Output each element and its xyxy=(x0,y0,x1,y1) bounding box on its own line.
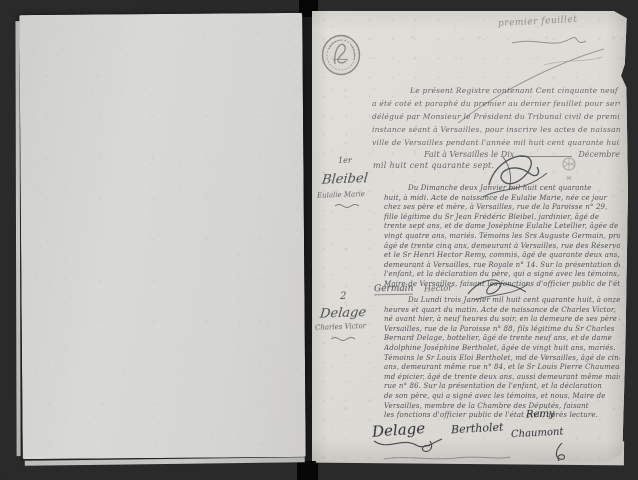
cutoff-writing-trace-icon xyxy=(382,454,512,462)
handwritten-line: ans, demeurant même rue n° 84, et le Sr … xyxy=(384,363,620,373)
margin-name: Bleibel xyxy=(321,171,369,188)
handwritten-line: Du Lundi trois Janvier mil huit cent qua… xyxy=(384,296,620,306)
margin-subname: Charles Victor xyxy=(315,322,366,332)
signature: Germain xyxy=(374,284,414,296)
signature: Chaumont xyxy=(511,427,564,441)
official-seal-icon xyxy=(321,34,361,76)
margin-name: Delage xyxy=(319,305,367,322)
embossed-stamp-icon xyxy=(560,156,578,182)
handwritten-line: et le Sr Henri Hector Remy, commis, âgé … xyxy=(384,251,620,261)
handwritten-line: de son père, qui a signé avec les témoin… xyxy=(384,392,620,402)
handwritten-line: délégué par Monsieur le Président du Tri… xyxy=(372,110,620,123)
handwritten-line: vingt quatre ans, mariés. Témoins les Sr… xyxy=(384,232,620,242)
signature: Hector xyxy=(424,284,452,294)
signature-paraph-icon xyxy=(372,435,444,455)
date-line-right: Décembre xyxy=(578,150,620,159)
right-page: premier feuillet Le présent Registre con… xyxy=(312,11,628,461)
left-blank-page xyxy=(19,13,305,459)
act-number: 1er xyxy=(338,156,352,165)
handwritten-line: Du Dimanche deux Janvier mil huit cent q… xyxy=(384,184,620,194)
binding-tab-bottom xyxy=(297,461,318,480)
handwritten-line: huit, à midi. Acte de naissance de Eulal… xyxy=(384,194,620,204)
handwritten-line: md épicier, âgé de trente deux ans, auss… xyxy=(384,373,620,383)
handwritten-line: âgé de trente cinq ans, demeurant à Vers… xyxy=(384,242,620,252)
handwritten-line: instance séant à Versailles, pour inscri… xyxy=(372,123,620,136)
register-scan: premier feuillet Le présent Registre con… xyxy=(0,0,638,480)
handwritten-line: heures et quart du matin. Acte de naissa… xyxy=(384,306,620,316)
handwritten-line: Le présent Registre contenant Cent cinqu… xyxy=(372,84,620,97)
margin-flourish-icon xyxy=(334,202,360,210)
handwritten-line: rue n° 86. Sur la présentation de l'enfa… xyxy=(384,382,620,392)
handwritten-line: Adolphine Joséphine Bertholet, âgée de v… xyxy=(384,344,620,354)
handwritten-line: chez ses père et mère, à Versailles, rue… xyxy=(384,203,620,213)
margin-flourish-icon xyxy=(330,335,356,343)
handwritten-line: a été coté et paraphé du premier au dern… xyxy=(372,97,620,110)
handwritten-line: demeurant à Versailles, rue Royale n° 14… xyxy=(384,261,620,271)
signature: Bertholet xyxy=(451,421,504,437)
handwritten-line: né avant hier, à neuf heures du soir, en… xyxy=(384,315,620,325)
act-paragraph: Du Lundi trois Janvier mil huit cent qua… xyxy=(384,296,620,421)
handwritten-line: Versailles, rue de la Paroisse n° 88, fi… xyxy=(384,325,620,335)
handwritten-line: Bernard Delage, bottelier, âgé de trente… xyxy=(384,334,620,344)
margin-subname: Eulalie Marie xyxy=(317,190,365,200)
handwritten-line: trente sept ans, et de dame Joséphine Eu… xyxy=(384,222,620,232)
signature: Remy xyxy=(526,409,555,421)
handwritten-line: fille légitime du Sr Jean Frédéric Bleib… xyxy=(384,213,620,223)
handwritten-line: Versailles, membre de la Chambre des Dép… xyxy=(384,402,620,412)
act-number: 2 xyxy=(340,291,346,302)
register-declaration: Le présent Registre contenant Cent cinqu… xyxy=(372,84,620,149)
handwritten-line: Témoins le Sr Louis Eloi Bertholet, md d… xyxy=(384,354,620,364)
date-continuation: mil huit cent quarante sept. xyxy=(373,161,494,170)
